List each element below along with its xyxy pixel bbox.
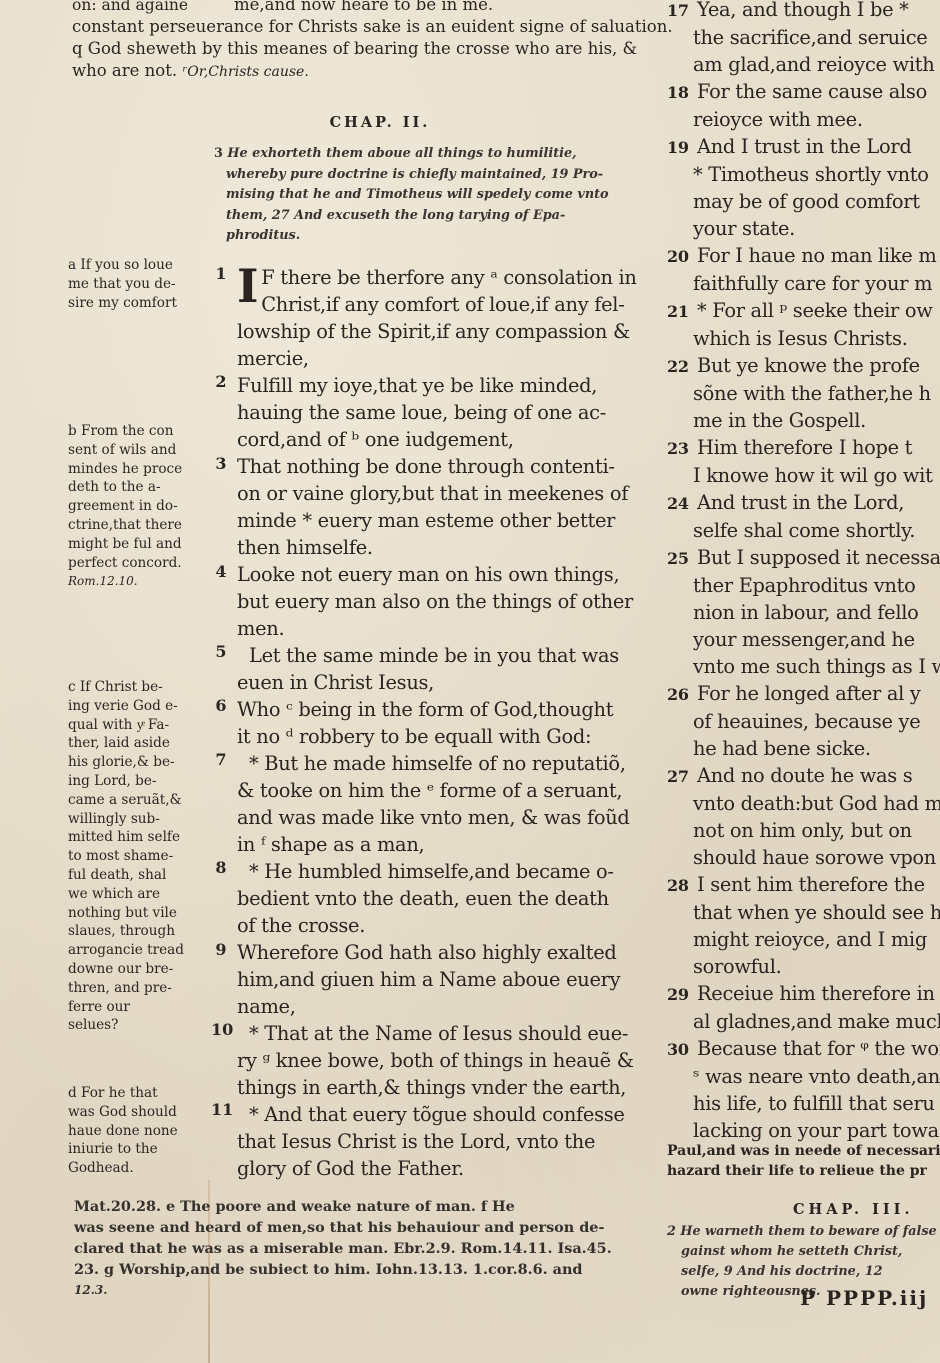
verse-text: But ye knowe the profe: [697, 354, 920, 377]
verse-19: 19And I trust in the Lord: [667, 133, 940, 161]
summary-line: whereby pure doctrine is chiefly maintai…: [214, 165, 644, 186]
verse-text: euen in Christ Iesus,: [237, 669, 647, 696]
verse-text: Fulfill my ioye,that ye be like minded,: [237, 372, 647, 399]
margin-line: qual with yͤ Fa-: [68, 716, 208, 735]
verse-number: 1: [211, 264, 231, 283]
verse-11: * And that euery tõgue should confesse …: [237, 1101, 647, 1182]
margin-line: b From the con: [68, 422, 208, 441]
verse-number: 10: [211, 1020, 231, 1039]
verse-5: Let the same minde be in you that was eu…: [237, 642, 647, 696]
footnote-line: 23. g Worship,and be subiect to him. Ioh…: [74, 1259, 644, 1280]
verse-text: he had bene sicke.: [667, 735, 940, 762]
margin-line: ful death, shal: [68, 866, 208, 885]
margin-note-b: b From the con sent of wils and mindes h…: [68, 422, 208, 591]
verse-text: And trust in the Lord,: [697, 491, 904, 514]
verse-number: 4: [211, 562, 231, 581]
verse-3: That nothing be done through contenti- o…: [237, 453, 647, 561]
margin-line: me that you de-: [68, 275, 208, 294]
verse-text: & tooke on him the ᵉ forme of a seruant,: [237, 777, 647, 804]
margin-note-c: c If Christ be- ing verie God e- qual wi…: [68, 678, 208, 1035]
margin-line: ing Lord, be-: [68, 772, 208, 791]
verse-text: your messenger,and he: [667, 626, 940, 653]
footnote-line: hazard their life to relieue the pr: [667, 1161, 940, 1181]
verse-28: 28I sent him therefore the: [667, 871, 940, 899]
verse-text: Who ᶜ being in the form of God,thought: [237, 696, 647, 723]
right-footnote: Paul,and was in neede of necessarie haza…: [667, 1141, 940, 1181]
verse-text: lacking on your part towa: [667, 1117, 940, 1144]
footnote-line: who are not. ʳOr,Christs cause.: [72, 60, 652, 83]
summary-verse-num: 3: [214, 146, 223, 161]
verse-1: IF there be therfore any ᵃ consolation i…: [237, 264, 647, 372]
margin-line: ther, laid aside: [68, 734, 208, 753]
margin-note-d: d For he that was God should haue done n…: [68, 1084, 208, 1178]
verse-text: me in the Gospell.: [667, 407, 940, 434]
footnote-line: constant perseuerance for Christs sake i…: [72, 16, 652, 38]
verse-text: ry ᵍ knee bowe, both of things in heauẽ …: [237, 1047, 647, 1074]
footnote-line: 12.3.: [74, 1280, 644, 1301]
verse-29: 29Receiue him therefore in: [667, 980, 940, 1008]
verse-number: 27: [667, 763, 697, 790]
verse-21: 21* For all ᵖ seeke their ow: [667, 297, 940, 325]
verse-number: 28: [667, 872, 697, 899]
margin-line: haue done none: [68, 1122, 208, 1141]
verse-number: 3: [211, 454, 231, 473]
cross-reference: Rom.12.10.: [68, 572, 208, 591]
verse-text: faithfully care for your m: [667, 270, 940, 297]
verse-number: 22: [667, 353, 697, 380]
margin-note-a: a If you so loue me that you de- sire my…: [68, 256, 208, 312]
verse-text: the sacrifice,and seruice: [667, 24, 940, 51]
verse-text: Christ,if any comfort of loue,if any fel…: [261, 293, 624, 316]
summary-line: mising that he and Timotheus will spedel…: [214, 185, 644, 206]
margin-line: greement in do-: [68, 497, 208, 516]
margin-line: deth to the a-: [68, 478, 208, 497]
verse-22: 22But ye knowe the profe: [667, 352, 940, 380]
verse-25: 25But I supposed it necessar: [667, 544, 940, 572]
chapter-footnotes: Mat.20.28. e The poore and weake nature …: [74, 1196, 644, 1301]
verse-27: 27And no doute he was s: [667, 762, 940, 790]
margin-line: ferre our: [68, 998, 208, 1017]
verse-number: 9: [211, 940, 231, 959]
verse-number: 20: [667, 243, 697, 270]
summary-text: He exhorteth them aboue all things to hu…: [227, 146, 576, 161]
verse-text: which is Iesus Christs.: [667, 325, 940, 352]
verse-text: Wherefore God hath also highly exalted: [237, 939, 647, 966]
margin-line: c If Christ be-: [68, 678, 208, 697]
verse-text: hauing the same loue, being of one ac-: [237, 399, 647, 426]
verse-text: cord,and of ᵇ one iudgement,: [237, 426, 647, 453]
margin-line: willingly sub-: [68, 810, 208, 829]
verse-text: F: [261, 266, 274, 289]
verse-10: * That at the Name of Iesus should eue- …: [237, 1020, 647, 1101]
verse-text: that when ye should see h: [667, 899, 940, 926]
summary-line: 3 He exhorteth them aboue all things to …: [214, 144, 644, 165]
verse-text: * But he made himselfe of no reputatiõ,: [237, 750, 647, 777]
verse-text: For I haue no man like m: [697, 244, 936, 267]
verse-text: nion in labour, and fello: [667, 599, 940, 626]
verse-text: that Iesus Christ is the Lord, vnto the: [237, 1128, 647, 1155]
verse-text: * And that euery tõgue should confesse: [237, 1101, 647, 1128]
verse-text: That nothing be done through contenti-: [237, 453, 647, 480]
verse-text: bedient vnto the death, euen the death: [237, 885, 647, 912]
main-text-column: IF there be therfore any ᵃ consolation i…: [237, 264, 647, 1182]
verse-fragment: me,and now heare to be in me.: [234, 0, 493, 14]
verse-7: * But he made himselfe of no reputatiõ, …: [237, 750, 647, 858]
verse-text: And I trust in the Lord: [697, 135, 911, 158]
verse-text: minde * euery man esteme other better: [237, 507, 647, 534]
verse-text: but euery man also on the things of othe…: [237, 588, 647, 615]
margin-line: downe our bre-: [68, 960, 208, 979]
verse-text: lowship of the Spirit,if any compassion …: [237, 320, 630, 343]
verse-text: al gladnes,and make much: [667, 1008, 940, 1035]
verse-text: not on him only, but on: [667, 817, 940, 844]
verse-2: Fulfill my ioye,that ye be like minded, …: [237, 372, 647, 453]
margin-line: ctrine,that there: [68, 516, 208, 535]
verse-text: For he longed after al y: [697, 682, 921, 705]
verse-text: things in earth,& things vnder the earth…: [237, 1074, 647, 1101]
margin-line: d For he that: [68, 1084, 208, 1103]
summary-line: phroditus.: [214, 226, 644, 247]
verse-text: it no ᵈ robbery to be equall with God:: [237, 723, 647, 750]
margin-line: sent of wils and: [68, 441, 208, 460]
verse-text: sõne with the father,he h: [667, 380, 940, 407]
verse-text: I sent him therefore the: [697, 873, 925, 896]
verse-text: your state.: [667, 215, 940, 242]
verse-text: of heauines, because ye: [667, 708, 940, 735]
summary-line: selfe, 9 And his doctrine, 12: [667, 1262, 940, 1282]
verse-text: Because that for ᵠ the wor: [697, 1037, 940, 1060]
next-chapter-heading: CHAP. III.: [793, 1201, 914, 1218]
verse-number: 17: [667, 0, 697, 24]
verse-text: am glad,and reioyce with: [667, 51, 940, 78]
verse-text: mercie,: [237, 347, 309, 370]
printer-signature-mark: P PPPP.iij: [800, 1286, 928, 1310]
verse-text: him,and giuen him a Name aboue euery: [237, 966, 647, 993]
margin-line: Godhead.: [68, 1159, 208, 1178]
verse-text: then himselfe.: [237, 534, 647, 561]
margin-line: iniurie to the: [68, 1140, 208, 1159]
verse-text: Looke not euery man on his own things,: [237, 561, 647, 588]
verse-number: 21: [667, 298, 697, 325]
verse-text: * Timotheus shortly vnto: [667, 161, 940, 188]
chapter-summary: 3 He exhorteth them aboue all things to …: [214, 144, 644, 247]
margin-line: perfect concord.: [68, 554, 208, 573]
verse-text: * He humbled himselfe,and became o-: [237, 858, 647, 885]
verse-number: 11: [211, 1100, 231, 1119]
alt-reading-note: ʳOr,Christs cause.: [182, 64, 308, 80]
verse-text: sorowful.: [667, 953, 940, 980]
verse-text: on or vaine glory,but that in meekenes o…: [237, 480, 647, 507]
footnote-line: Mat.20.28. e The poore and weake nature …: [74, 1196, 644, 1217]
verse-text: vnto death:but God had m: [667, 790, 940, 817]
verse-text: For the same cause also: [697, 80, 927, 103]
verse-number: 7: [211, 750, 231, 769]
verse-20: 20For I haue no man like m: [667, 242, 940, 270]
verse-text: And no doute he was s: [697, 764, 912, 787]
margin-fragment: on: and againe: [72, 0, 234, 16]
verse-30: 30Because that for ᵠ the wor: [667, 1035, 940, 1063]
margin-line: we which are: [68, 885, 208, 904]
verse-number: 25: [667, 545, 697, 572]
verse-number: 2: [211, 372, 231, 391]
verse-text: But I supposed it necessar: [697, 546, 940, 569]
footnote-line: clared that he was as a miserable man. E…: [74, 1238, 644, 1259]
margin-line: mitted him selfe: [68, 828, 208, 847]
verse-6: Who ᶜ being in the form of God,thought i…: [237, 696, 647, 750]
verse-number: 24: [667, 490, 697, 517]
verse-text: ther Epaphroditus vnto: [667, 572, 940, 599]
verse-text: should haue sorowe vpon: [667, 844, 940, 871]
right-text-column: 17Yea, and though I be * the sacrifice,a…: [667, 0, 940, 1144]
verse-number: 26: [667, 681, 697, 708]
verse-text: selfe shal come shortly.: [667, 517, 940, 544]
top-line-1: on: and againeme,and now heare to be in …: [72, 0, 652, 16]
scanned-bible-page: on: and againeme,and now heare to be in …: [0, 0, 940, 1363]
verse-text: may be of good comfort: [667, 188, 940, 215]
footnote-line: Paul,and was in neede of necessarie: [667, 1141, 940, 1161]
verse-number: 5: [211, 642, 231, 661]
verse-number: 18: [667, 79, 697, 106]
verse-text: and was made like vnto men, & was foũd: [237, 804, 647, 831]
verse-number: 23: [667, 435, 697, 462]
verse-text: his life, to fulfill that seru: [667, 1090, 940, 1117]
verse-text: men.: [237, 615, 647, 642]
summary-line: them, 27 And excuseth the long tarying o…: [214, 206, 644, 227]
margin-line: a If you so loue: [68, 256, 208, 275]
verse-26: 26For he longed after al y: [667, 680, 940, 708]
verse-text: * For all ᵖ seeke their ow: [697, 299, 933, 322]
margin-line: nothing but vile: [68, 904, 208, 923]
margin-line: his glorie,& be-: [68, 753, 208, 772]
verse-text: Yea, and though I be *: [697, 0, 909, 21]
margin-line: mindes he proce: [68, 460, 208, 479]
verse-text: Him therefore I hope t: [697, 436, 912, 459]
verse-18: 18For the same cause also: [667, 78, 940, 106]
margin-line: was God should: [68, 1103, 208, 1122]
footnote-text: who are not.: [72, 61, 177, 80]
margin-line: came a seruãt,&: [68, 791, 208, 810]
verse-text: I knowe how it wil go wit: [667, 462, 940, 489]
summary-line: gainst whom he setteth Christ,: [667, 1242, 940, 1262]
verse-text: name,: [237, 993, 647, 1020]
margin-line: might be ful and: [68, 535, 208, 554]
summary-line: 2 He warneth them to beware of false: [667, 1222, 940, 1242]
verse-number: 30: [667, 1036, 697, 1063]
verse-number: 19: [667, 134, 697, 161]
margin-line: to most shame-: [68, 847, 208, 866]
verse-text: Receiue him therefore in: [697, 982, 935, 1005]
verse-text: reioyce with mee.: [667, 106, 940, 133]
verse-number: 6: [211, 696, 231, 715]
verse-text: there be therfore any ᵃ consolation in: [280, 266, 636, 289]
verse-17: 17Yea, and though I be *: [667, 0, 940, 24]
verse-text: might reioyce, and I mig: [667, 926, 940, 953]
verse-24: 24And trust in the Lord,: [667, 489, 940, 517]
chapter-heading: CHAP. II.: [0, 114, 760, 131]
verse-text: * That at the Name of Iesus should eue-: [237, 1020, 647, 1047]
footnote-line: q God sheweth by this meanes of bearing …: [72, 38, 652, 60]
drop-cap: I: [237, 266, 258, 306]
margin-line: arrogancie tread: [68, 941, 208, 960]
verse-23: 23Him therefore I hope t: [667, 434, 940, 462]
margin-line: selues?: [68, 1016, 208, 1035]
verse-text: glory of God the Father.: [237, 1155, 647, 1182]
margin-line: thren, and pre-: [68, 979, 208, 998]
footnote-line: was seene and heard of men,so that his b…: [74, 1217, 644, 1238]
verse-8: * He humbled himselfe,and became o- bedi…: [237, 858, 647, 939]
verse-9: Wherefore God hath also highly exalted h…: [237, 939, 647, 1020]
verse-4: Looke not euery man on his own things, b…: [237, 561, 647, 642]
verse-number: 8: [211, 858, 231, 877]
verse-text: in ᶠ shape as a man,: [237, 831, 647, 858]
verse-text: Let the same minde be in you that was: [237, 642, 647, 669]
verse-number: 29: [667, 981, 697, 1008]
margin-line: slaues, through: [68, 922, 208, 941]
margin-line: sire my comfort: [68, 294, 208, 313]
margin-line: ing verie God e-: [68, 697, 208, 716]
verse-text: vnto me such things as I w: [667, 653, 940, 680]
verse-text: of the crosse.: [237, 912, 647, 939]
verse-text: ˢ was neare vnto death,an: [667, 1063, 940, 1090]
previous-chapter-footnotes: on: and againeme,and now heare to be in …: [72, 0, 652, 83]
